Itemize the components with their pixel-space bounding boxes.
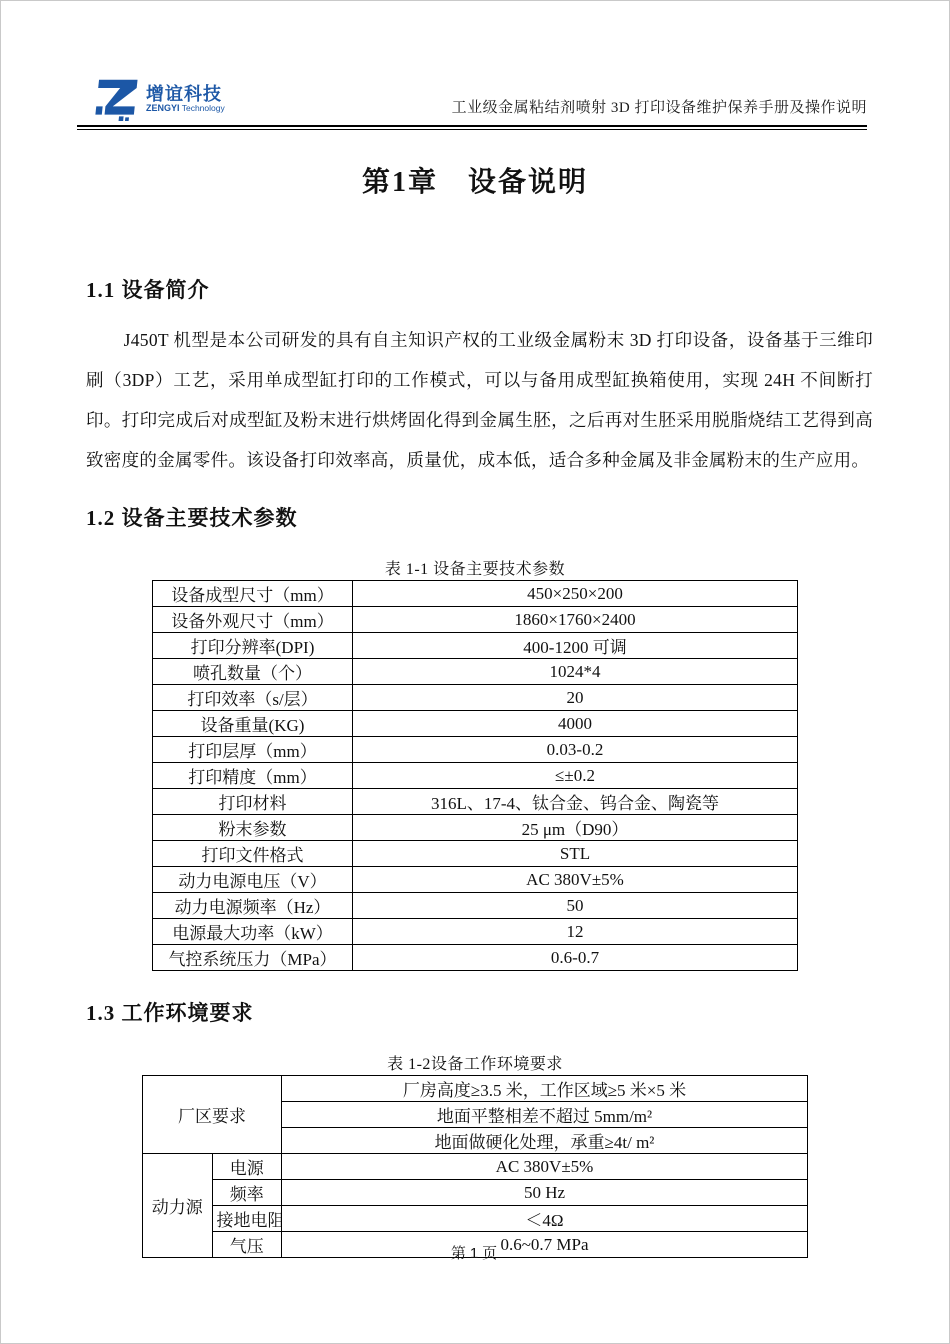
header-doc-title: 工业级金属粘结剂喷射 3D 打印设备维护保养手册及操作说明 xyxy=(452,96,867,121)
table-row: 打印材料316L、17-4、钛合金、钨合金、陶瓷等 xyxy=(153,789,798,815)
header-double-rule xyxy=(77,125,867,130)
param-value: 1860×1760×2400 xyxy=(353,607,798,633)
param-name: 打印精度（mm） xyxy=(153,763,353,789)
document-page: 增谊科技 ZENGYI Technology 工业级金属粘结剂喷射 3D 打印设… xyxy=(0,0,950,1344)
section-heading-1-2: 1.2 设备主要技术参数 xyxy=(1,502,949,532)
table-row: 动力电源频率（Hz）50 xyxy=(153,893,798,919)
param-value: ＜4Ω xyxy=(282,1206,808,1232)
param-name: 电源 xyxy=(212,1154,282,1180)
param-value: 450×250×200 xyxy=(353,581,798,607)
param-value: 20 xyxy=(353,685,798,711)
section-heading-1-3: 1.3 工作环境要求 xyxy=(1,997,949,1027)
requirement-value: 地面平整相差不超过 5mm/m² xyxy=(282,1102,808,1128)
param-value: 1024*4 xyxy=(353,659,798,685)
param-value: 50 Hz xyxy=(282,1180,808,1206)
table-row: 动力源电源AC 380V±5% xyxy=(143,1154,808,1180)
table-1-2-caption: 表 1-2设备工作环境要求 xyxy=(1,1051,949,1074)
footer-suffix: 页 xyxy=(482,1245,499,1262)
table-row: 设备成型尺寸（mm）450×250×200 xyxy=(153,581,798,607)
param-value: 0.03-0.2 xyxy=(353,737,798,763)
param-name: 频率 xyxy=(212,1180,282,1206)
table-row: 打印层厚（mm）0.03-0.2 xyxy=(153,737,798,763)
param-name: 粉末参数 xyxy=(153,815,353,841)
table-row: 粉末参数25 μm（D90） xyxy=(153,815,798,841)
param-name: 设备重量(KG) xyxy=(153,711,353,737)
requirement-value: 厂房高度≥3.5 米，工作区域≥5 米×5 米 xyxy=(282,1076,808,1102)
param-name: 接地电阻 xyxy=(212,1206,282,1232)
param-name: 气控系统压力（MPa） xyxy=(153,945,353,971)
chapter-title: 第1章 设备说明 xyxy=(1,160,949,200)
param-value: 0.6-0.7 xyxy=(353,945,798,971)
page-footer: 第1页 xyxy=(1,1242,949,1263)
work-env-table: 厂区要求厂房高度≥3.5 米，工作区域≥5 米×5 米地面平整相差不超过 5mm… xyxy=(142,1075,808,1258)
table-row: 厂区要求厂房高度≥3.5 米，工作区域≥5 米×5 米 xyxy=(143,1076,808,1102)
table-row: 打印分辨率(DPI)400-1200 可调 xyxy=(153,633,798,659)
table-row: 接地电阻＜4Ω xyxy=(143,1206,808,1232)
param-value: AC 380V±5% xyxy=(282,1154,808,1180)
section-heading-1-1: 1.1 设备简介 xyxy=(1,274,949,304)
tech-params-table: 设备成型尺寸（mm）450×250×200设备外观尺寸（mm）1860×1760… xyxy=(152,580,798,971)
zengyi-z-logo-icon xyxy=(89,77,139,121)
param-value: 400-1200 可调 xyxy=(353,633,798,659)
param-value: ≤±0.2 xyxy=(353,763,798,789)
brand-name-en: ZENGYI Technology xyxy=(146,104,225,113)
table-row: 频率50 Hz xyxy=(143,1180,808,1206)
intro-paragraph: J450T 机型是本公司研发的具有自主知识产权的工业级金属粉末 3D 打印设备，… xyxy=(1,320,949,480)
brand-name-cn: 增谊科技 xyxy=(146,85,225,104)
param-name: 设备成型尺寸（mm） xyxy=(153,581,353,607)
param-name: 动力电源频率（Hz） xyxy=(153,893,353,919)
page-number: 1 xyxy=(468,1245,482,1262)
param-name: 喷孔数量（个） xyxy=(153,659,353,685)
param-name: 动力电源电压（V） xyxy=(153,867,353,893)
footer-prefix: 第 xyxy=(451,1245,468,1262)
param-name: 打印效率（s/层） xyxy=(153,685,353,711)
param-value: STL xyxy=(353,841,798,867)
param-value: AC 380V±5% xyxy=(353,867,798,893)
param-value: 4000 xyxy=(353,711,798,737)
group-label: 厂区要求 xyxy=(143,1076,282,1154)
param-value: 316L、17-4、钛合金、钨合金、陶瓷等 xyxy=(353,789,798,815)
param-name: 打印层厚（mm） xyxy=(153,737,353,763)
table-row: 打印效率（s/层）20 xyxy=(153,685,798,711)
param-value: 12 xyxy=(353,919,798,945)
company-logo: 增谊科技 ZENGYI Technology xyxy=(89,77,225,121)
param-name: 设备外观尺寸（mm） xyxy=(153,607,353,633)
table-row: 打印精度（mm）≤±0.2 xyxy=(153,763,798,789)
table-row: 气控系统压力（MPa）0.6-0.7 xyxy=(153,945,798,971)
param-value: 25 μm（D90） xyxy=(353,815,798,841)
table-row: 电源最大功率（kW）12 xyxy=(153,919,798,945)
tech-params-tbody: 设备成型尺寸（mm）450×250×200设备外观尺寸（mm）1860×1760… xyxy=(153,581,798,971)
page-header: 增谊科技 ZENGYI Technology 工业级金属粘结剂喷射 3D 打印设… xyxy=(1,1,949,130)
param-name: 电源最大功率（kW） xyxy=(153,919,353,945)
param-name: 打印分辨率(DPI) xyxy=(153,633,353,659)
param-name: 打印文件格式 xyxy=(153,841,353,867)
requirement-value: 地面做硬化处理，承重≥4t/ m² xyxy=(282,1128,808,1154)
table-row: 设备重量(KG)4000 xyxy=(153,711,798,737)
work-env-tbody: 厂区要求厂房高度≥3.5 米，工作区域≥5 米×5 米地面平整相差不超过 5mm… xyxy=(143,1076,808,1258)
table-row: 动力电源电压（V）AC 380V±5% xyxy=(153,867,798,893)
table-row: 设备外观尺寸（mm）1860×1760×2400 xyxy=(153,607,798,633)
param-value: 50 xyxy=(353,893,798,919)
table-row: 打印文件格式STL xyxy=(153,841,798,867)
table-1-1-caption: 表 1-1 设备主要技术参数 xyxy=(1,556,949,579)
table-row: 喷孔数量（个）1024*4 xyxy=(153,659,798,685)
param-name: 打印材料 xyxy=(153,789,353,815)
